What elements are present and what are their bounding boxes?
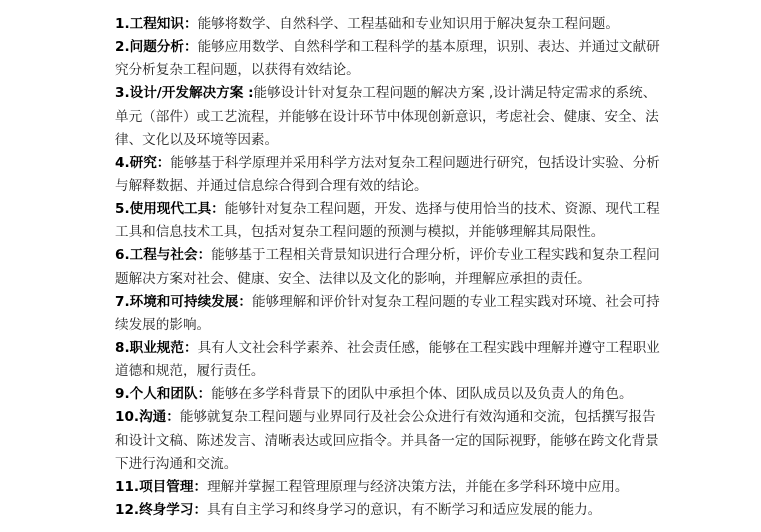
requirement-7-environment-sustainability: 7.环境和可持续发展：能够理解和评价针对复杂工程问题的专业工程实践对环境、社会可… [115, 291, 655, 337]
requirement-text: 下进行沟通和交流。 [115, 453, 655, 476]
requirement-title: 1.工程知识： [115, 16, 198, 32]
requirement-text: 能够基于科学原理并采用科学方法对复杂工程问题进行研究，包括设计实验、分析 [170, 155, 659, 171]
text-line: 3.设计/开发解决方案 :能够设计针对复杂工程问题的解决方案 ,设计满足特定需求… [115, 82, 655, 105]
requirement-2-problem-analysis: 2.问题分析：能够应用数学、自然科学和工程科学的基本原理，识别、表达、并通过文献… [115, 36, 655, 82]
requirement-title: 5.使用现代工具： [115, 201, 225, 217]
requirement-text: 具有人文社会科学素养、社会责任感，能够在工程实践中理解并遵守工程职业 [198, 340, 660, 356]
requirement-title: 6.工程与社会： [115, 247, 211, 263]
requirement-title: 9.个人和团队： [115, 386, 211, 402]
requirement-title: 2.问题分析： [115, 39, 198, 55]
requirement-text: 与解释数据、并通过信息综合得到合理有效的结论。 [115, 175, 655, 198]
requirement-text: 道德和规范，履行责任。 [115, 360, 655, 383]
requirement-title: 11.项目管理： [115, 479, 207, 495]
requirement-text: 续发展的影响。 [115, 314, 655, 337]
text-line: 5.使用现代工具：能够针对复杂工程问题，开发、选择与使用恰当的技术、资源、现代工… [115, 198, 655, 221]
requirement-5-modern-tools: 5.使用现代工具：能够针对复杂工程问题，开发、选择与使用恰当的技术、资源、现代工… [115, 198, 655, 244]
requirement-text: 能够就复杂工程问题与业界同行及社会公众进行有效沟通和交流，包括撰写报告 [180, 409, 656, 425]
requirement-title: 3.设计/开发解决方案 : [115, 85, 254, 101]
text-line: 1.工程知识：能够将数学、自然科学、工程基础和专业知识用于解决复杂工程问题。 [115, 13, 655, 36]
requirement-text: 理解并掌握工程管理原理与经济决策方法，并能在多学科环境中应用。 [207, 479, 628, 495]
requirement-3-design-development: 3.设计/开发解决方案 :能够设计针对复杂工程问题的解决方案 ,设计满足特定需求… [115, 82, 655, 151]
requirement-text: 具有自主学习和终身学习的意识，有不断学习和适应发展的能力。 [207, 502, 601, 518]
requirement-title: 12.终身学习： [115, 502, 207, 518]
requirement-text: 单元（部件）或工艺流程，并能够在设计环节中体现创新意识，考虑社会、健康、安全、法 [115, 106, 655, 129]
requirement-6-engineering-and-society: 6.工程与社会：能够基于工程相关背景知识进行合理分析，评价专业工程实践和复杂工程… [115, 244, 655, 290]
requirement-12-lifelong-learning: 12.终身学习：具有自主学习和终身学习的意识，有不断学习和适应发展的能力。 [115, 499, 655, 522]
requirement-1-engineering-knowledge: 1.工程知识：能够将数学、自然科学、工程基础和专业知识用于解决复杂工程问题。 [115, 13, 655, 36]
text-line: 7.环境和可持续发展：能够理解和评价针对复杂工程问题的专业工程实践对环境、社会可… [115, 291, 655, 314]
requirement-text: 能够应用数学、自然科学和工程科学的基本原理，识别、表达、并通过文献研 [198, 39, 660, 55]
requirement-8-professional-norms: 8.职业规范：具有人文社会科学素养、社会责任感，能够在工程实践中理解并遵守工程职… [115, 337, 655, 383]
requirement-text: 能够针对复杂工程问题，开发、选择与使用恰当的技术、资源、现代工程 [225, 201, 660, 217]
requirement-text: 能够基于工程相关背景知识进行合理分析，评价专业工程实践和复杂工程问 [211, 247, 660, 263]
text-line: 9.个人和团队：能够在多学科背景下的团队中承担个体、团队成员以及负责人的角色。 [115, 383, 655, 406]
graduation-requirements-document: 1.工程知识：能够将数学、自然科学、工程基础和专业知识用于解决复杂工程问题。 2… [115, 13, 655, 522]
requirement-11-project-management: 11.项目管理：理解并掌握工程管理原理与经济决策方法，并能在多学科环境中应用。 [115, 476, 655, 499]
requirement-10-communication: 10.沟通：能够就复杂工程问题与业界同行及社会公众进行有效沟通和交流，包括撰写报… [115, 406, 655, 475]
text-line: 10.沟通：能够就复杂工程问题与业界同行及社会公众进行有效沟通和交流，包括撰写报… [115, 406, 655, 429]
requirement-text: 律、文化以及环境等因素。 [115, 129, 655, 152]
requirement-text: 能够在多学科背景下的团队中承担个体、团队成员以及负责人的角色。 [211, 386, 632, 402]
text-line: 8.职业规范：具有人文社会科学素养、社会责任感，能够在工程实践中理解并遵守工程职… [115, 337, 655, 360]
text-line: 11.项目管理：理解并掌握工程管理原理与经济决策方法，并能在多学科环境中应用。 [115, 476, 655, 499]
requirement-text: 能够将数学、自然科学、工程基础和专业知识用于解决复杂工程问题。 [198, 16, 619, 32]
requirement-text: 和设计文稿、陈述发言、清晰表达或回应指令。并具备一定的国际视野，能够在跨文化背景 [115, 430, 655, 453]
requirement-9-individual-and-team: 9.个人和团队：能够在多学科背景下的团队中承担个体、团队成员以及负责人的角色。 [115, 383, 655, 406]
text-line: 2.问题分析：能够应用数学、自然科学和工程科学的基本原理，识别、表达、并通过文献… [115, 36, 655, 59]
text-line: 6.工程与社会：能够基于工程相关背景知识进行合理分析，评价专业工程实践和复杂工程… [115, 244, 655, 267]
requirement-4-research: 4.研究：能够基于科学原理并采用科学方法对复杂工程问题进行研究，包括设计实验、分… [115, 152, 655, 198]
requirement-text: 究分析复杂工程问题，以获得有效结论。 [115, 59, 655, 82]
requirement-text: 能够理解和评价针对复杂工程问题的专业工程实践对环境、社会可持 [252, 294, 660, 310]
requirement-title: 4.研究： [115, 155, 170, 171]
requirement-text: 题解决方案对社会、健康、安全、法律以及文化的影响，并理解应承担的责任。 [115, 268, 655, 291]
requirement-text: 能够设计针对复杂工程问题的解决方案 ,设计满足特定需求的系统、 [254, 85, 657, 101]
text-line: 12.终身学习：具有自主学习和终身学习的意识，有不断学习和适应发展的能力。 [115, 499, 655, 522]
requirement-title: 7.环境和可持续发展： [115, 294, 252, 310]
text-line: 4.研究：能够基于科学原理并采用科学方法对复杂工程问题进行研究，包括设计实验、分… [115, 152, 655, 175]
requirement-title: 8.职业规范： [115, 340, 198, 356]
requirement-title: 10.沟通： [115, 409, 180, 425]
requirement-text: 工具和信息技术工具，包括对复杂工程问题的预测与模拟，并能够理解其局限性。 [115, 221, 655, 244]
